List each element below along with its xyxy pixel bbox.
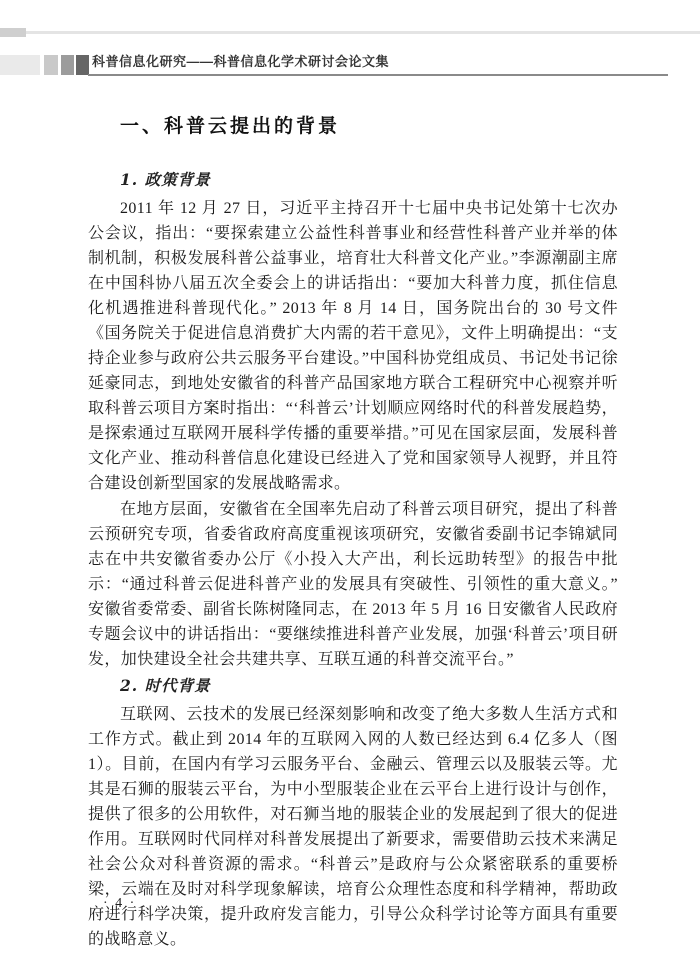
document-page: 科普信息化研究——科普信息化学术研讨会论文集 一、科普云提出的背景 1. 政策背…	[0, 0, 700, 977]
subheading-era-background: 2. 时代背景	[120, 674, 618, 696]
paragraph-policy-2: 在地方层面，安徽省在全国率先启动了科普云项目研究，提出了科普云预研究专项，省委省…	[88, 497, 618, 672]
header-decor-bar	[0, 55, 40, 75]
paragraph-policy-1: 2011 年 12 月 27 日，习近平主持召开十七届中央书记处第十七次办公会议…	[88, 196, 618, 496]
header-decor-square-medium	[61, 55, 74, 75]
subheading-policy-background: 1. 政策背景	[120, 168, 618, 190]
header-decor-square-light	[44, 55, 58, 75]
paragraph-era-1: 互联网、云技术的发展已经深刻影响和改变了绝大多数人生活方式和工作方式。截止到 2…	[88, 702, 618, 952]
page-top-scan-line	[0, 31, 700, 34]
header-rule	[88, 74, 668, 76]
document-content: 一、科普云提出的背景 1. 政策背景 2011 年 12 月 27 日，习近平主…	[88, 103, 618, 953]
running-header-title: 科普信息化研究——科普信息化学术研讨会论文集	[92, 51, 389, 70]
page-top-scan-block	[0, 28, 26, 37]
header-decor-square-dark	[76, 55, 89, 75]
page-number: · 4 ·	[103, 896, 136, 912]
section-heading: 一、科普云提出的背景	[120, 111, 618, 138]
